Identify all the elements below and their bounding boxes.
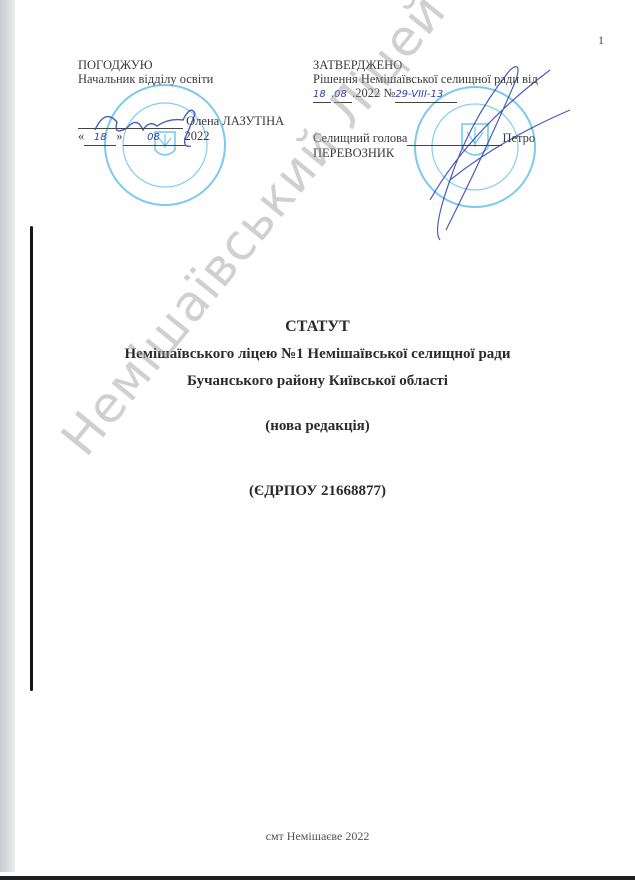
scan-bottom-edge [0,876,635,880]
edrpou-code: (ЄДРПОУ 21668877) [0,483,635,500]
approval-left-name: Олена ЛАЗУТІНА [186,114,284,128]
approval-right-first-name: Петро [502,131,535,145]
approval-left-year: 2022 [185,129,210,143]
approval-left-day: 18 [84,131,116,146]
footer-place-year: смт Немішаєве 2022 [0,829,635,844]
binding-thread [30,226,33,691]
approval-left-block: ПОГОДЖУЮ Начальник відділу освіти Олена … [78,58,308,146]
page-number: 1 [598,33,604,48]
document-type: СТАТУТ [0,318,635,336]
approval-left-month: 08 [123,131,185,146]
approval-left-heading: ПОГОДЖУЮ [78,58,308,72]
title-line-1: Немішаївського ліцею №1 Немішаївської се… [0,346,635,363]
scan-left-edge [0,0,15,872]
decision-number: 29-VIII-13 [395,88,457,103]
approval-right-last-name: ПЕРЕВОЗНИК [313,146,603,160]
approval-left-position: Начальник відділу освіти [78,72,308,86]
